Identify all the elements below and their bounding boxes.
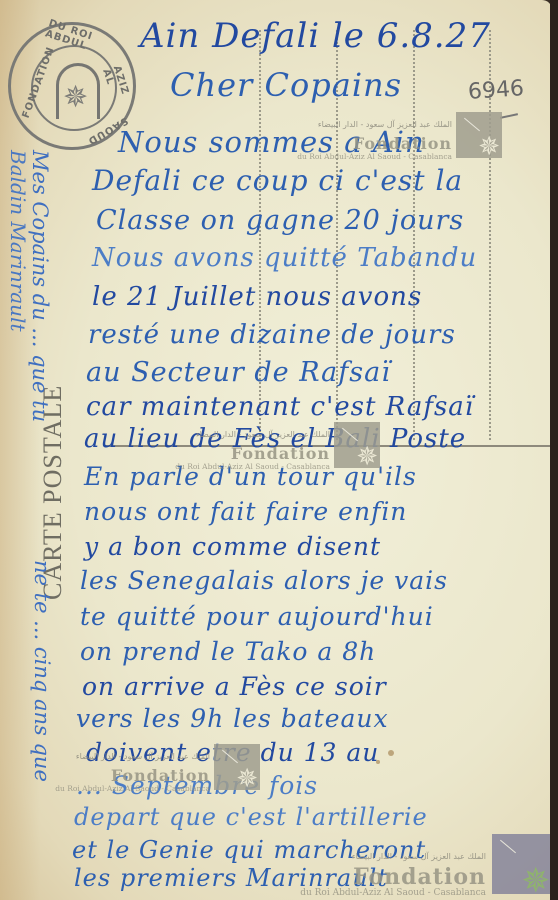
archive-number-underline	[500, 113, 518, 119]
letter-line: le 21 Juillet nous avons	[92, 282, 422, 312]
letter-greeting: Cher Copains	[170, 66, 402, 104]
margin-note: Mes Copains du ... que tu	[28, 150, 52, 422]
margin-note: ne te ... cinq ans que	[30, 560, 54, 782]
letter-line: Nous avons quitté Tabandu	[92, 243, 477, 273]
watermark-subtitle: du Roi Abdul-Aziz Al Saoud - Casablanca	[55, 784, 210, 793]
foundation-watermark: ✵ الملك عبد العزيز آل سعود - الدار البيض…	[352, 112, 502, 172]
letter-line: on arrive a Fès ce soir	[82, 672, 387, 701]
letter-line: depart que c'est l'artillerie	[74, 803, 428, 831]
watermark-star-icon: ✵	[236, 766, 258, 792]
paper-stain	[376, 760, 380, 764]
letter-line: te quitté pour aujourd'hui	[80, 602, 434, 631]
letter-line: nous ont fait faire enfin	[84, 497, 407, 526]
paper-stain	[388, 750, 394, 756]
watermark-title: Fondation	[231, 444, 330, 463]
margin-note: Baldin Marinrault	[6, 150, 30, 332]
letter-line: car maintenant c'est Rafsaï	[86, 392, 474, 422]
watermark-title: Fondation	[353, 134, 452, 153]
foundation-stamp: ✵ DU ROI ABDUL FONDATION AZIZ AL SAOUD	[8, 22, 136, 150]
stamp-star-icon: ✵	[63, 83, 88, 113]
letter-line: les Senegalais alors je vais	[80, 566, 448, 595]
letter-line: Classe on gagne 20 jours	[96, 205, 464, 236]
scan-edge	[550, 0, 558, 900]
letter-line: vers les 9h les bateaux	[76, 704, 389, 733]
watermark-arabic: الملك عبد العزيز آل سعود - الدار البيضاء	[196, 430, 330, 439]
letter-line: on prend le Tako a 8h	[80, 637, 376, 666]
watermark-arabic: الملك عبد العزيز آل سعود - الدار البيضاء	[76, 752, 210, 761]
watermark-star-icon: ✵	[478, 134, 500, 160]
watermark-arabic: الملك عبد العزيز آل سعود - الدار البيضاء	[318, 120, 452, 129]
watermark-subtitle: du Roi Abdul-Aziz Al Saoud - Casablanca	[297, 152, 452, 161]
postcard-back: ✵ DU ROI ABDUL FONDATION AZIZ AL SAOUD C…	[0, 0, 552, 900]
watermark-subtitle: du Roi Abdul-Aziz Al Saoud - Casablanca	[175, 462, 330, 471]
watermark-title: Fondation	[353, 864, 486, 890]
letter-line: au Secteur de Rafsaï	[86, 357, 391, 388]
watermark-star-icon: ✵	[522, 864, 551, 898]
watermark-subtitle: du Roi Abdul-Aziz Al Saoud - Casablanca	[300, 888, 486, 898]
watermark-title: Fondation	[111, 766, 210, 785]
archive-number: 6946	[467, 76, 525, 105]
watermark-star-icon: ✵	[356, 444, 378, 470]
foundation-watermark: ✵ الملك عبد العزيز آل سعود - الدار البيض…	[338, 834, 552, 894]
letter-line: y a bon comme disent	[84, 532, 381, 561]
watermark-arabic: الملك عبد العزيز آل سعود - الدار البيضاء	[352, 852, 486, 861]
foundation-watermark: ✵ الملك عبد العزيز آل سعود - الدار البيض…	[230, 422, 380, 482]
letter-place-date: Ain Defali le 6.8.27	[140, 16, 491, 56]
foundation-watermark: ✵ الملك عبد العزيز آل سعود - الدار البيض…	[110, 744, 260, 804]
letter-line: resté une dizaine de jours	[88, 320, 456, 350]
